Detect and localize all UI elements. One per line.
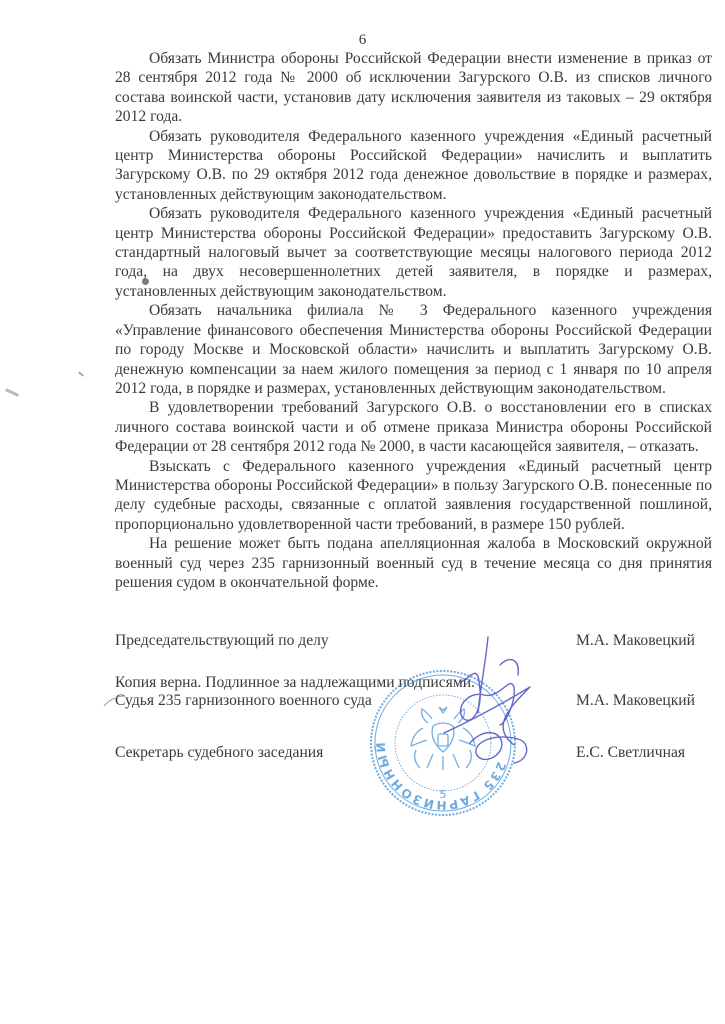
pen-stroke-icon bbox=[103, 694, 125, 708]
page-number: 6 bbox=[0, 32, 725, 49]
signature-role: Председательствующий по делу bbox=[115, 632, 329, 650]
signature-name: М.А. Маковецкий bbox=[576, 632, 695, 650]
ink-dot bbox=[142, 278, 149, 285]
signature-role: Секретарь судебного заседания bbox=[115, 744, 323, 762]
paragraph-amend-order: Обязать Министра обороны Российской Феде… bbox=[115, 49, 712, 127]
paragraph-appeal: На решение может быть подана апелляционн… bbox=[115, 534, 712, 592]
svg-text:5: 5 bbox=[440, 788, 447, 801]
handwritten-signature-icon bbox=[440, 635, 570, 775]
scan-artifact bbox=[78, 371, 84, 376]
signature-name: М.А. Маковецкий bbox=[576, 692, 695, 710]
signature-row-presiding: Председательствующий по делу М.А. Макове… bbox=[115, 632, 712, 652]
paragraph-pay-allowance: Обязать руководителя Федерального казенн… bbox=[115, 127, 712, 205]
decision-body: Обязать Министра обороны Российской Феде… bbox=[115, 49, 712, 592]
paragraph-housing-compensation: Обязать начальника филиала № 3 Федеральн… bbox=[115, 301, 712, 398]
scan-artifact bbox=[5, 388, 19, 397]
signature-name: Е.С. Светличная bbox=[576, 744, 685, 762]
signature-role: Судья 235 гарнизонного военного суда bbox=[115, 692, 372, 710]
document-page: 6 Обязать Министра обороны Российской Фе… bbox=[0, 0, 725, 1024]
paragraph-tax-deduction: Обязать руководителя Федерального казенн… bbox=[115, 204, 712, 301]
paragraph-refusal: В удовлетворении требований Загурского О… bbox=[115, 398, 712, 456]
paragraph-court-costs: Взыскать с Федерального казенного учрежд… bbox=[115, 457, 712, 535]
